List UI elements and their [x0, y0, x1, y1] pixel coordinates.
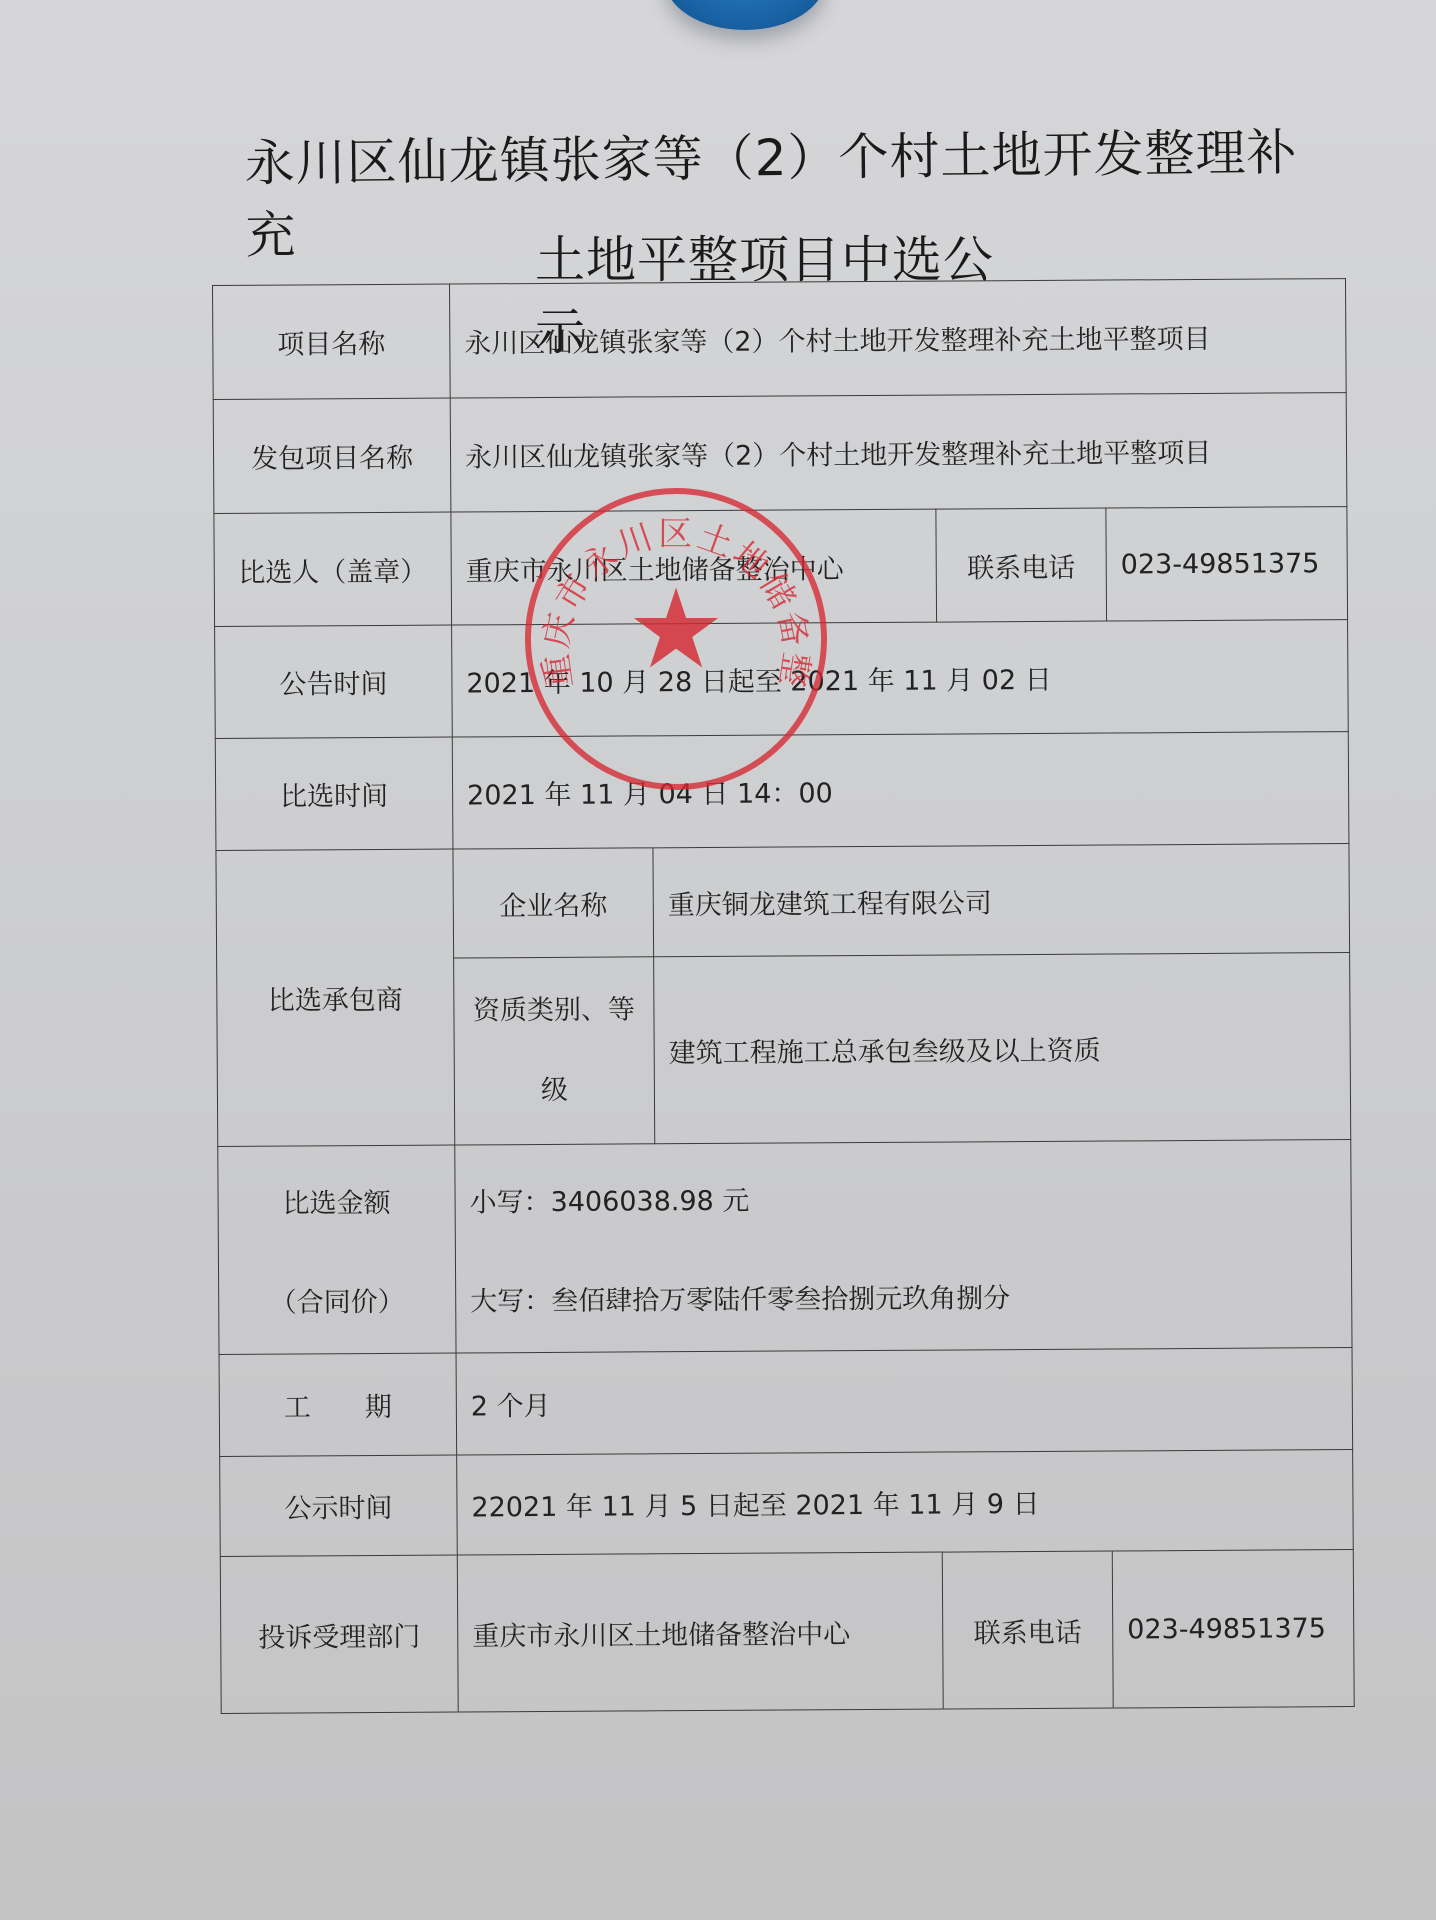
selection-time-label: 比选时间: [215, 737, 453, 850]
complaint-dept-label: 投诉受理部门: [220, 1555, 458, 1713]
blue-pushpin: [665, 0, 825, 30]
complaint-phone-value: 023-49851375: [1112, 1550, 1354, 1708]
publicity-time-label: 公示时间: [220, 1455, 458, 1556]
contract-project-name-label: 发包项目名称: [213, 398, 451, 513]
row-amount: 比选金额 （合同价） 小写：3406038.98 元 大写：叁佰肆拾万零陆仟零叁…: [218, 1140, 1352, 1355]
announcement-time-label: 公告时间: [215, 625, 453, 738]
row-selector: 比选人（盖章） 重庆市永川区土地储备整治中心 联系电话 023-49851375: [214, 507, 1348, 627]
qualification-label: 资质类别、等级: [454, 957, 655, 1145]
selection-time-value: 2021 年 11 月 04 日 14：00: [452, 732, 1349, 849]
row-complaint: 投诉受理部门 重庆市永川区土地储备整治中心 联系电话 023-49851375: [220, 1550, 1354, 1714]
duration-value: 2 个月: [456, 1348, 1353, 1455]
contract-project-name-value: 永川区仙龙镇张家等（2）个村土地开发整理补充土地平整项目: [450, 393, 1347, 512]
company-value: 重庆铜龙建筑工程有限公司: [653, 844, 1350, 957]
row-project-name: 项目名称 永川区仙龙镇张家等（2）个村土地开发整理补充土地平整项目: [213, 279, 1347, 400]
amount-lowercase: 小写：3406038.98 元: [469, 1175, 1336, 1219]
duration-label: 工 期: [219, 1353, 457, 1456]
project-name-label: 项目名称: [213, 284, 451, 399]
publicity-time-value: 22021 年 11 月 5 日起至 2021 年 11 月 9 日: [457, 1450, 1354, 1555]
complaint-dept-value: 重庆市永川区土地储备整治中心: [457, 1552, 943, 1712]
row-contractor-company: 比选承包商 企业名称 重庆铜龙建筑工程有限公司: [216, 844, 1350, 960]
amount-value: 小写：3406038.98 元 大写：叁佰肆拾万零陆仟零叁拾捌元玖角捌分: [455, 1140, 1352, 1353]
contractor-label: 比选承包商: [216, 849, 455, 1146]
selector-value: 重庆市永川区土地储备整治中心: [451, 509, 937, 625]
row-duration: 工 期 2 个月: [219, 1348, 1353, 1457]
project-name-value: 永川区仙龙镇张家等（2）个村土地开发整理补充土地平整项目: [449, 279, 1346, 398]
qualification-value: 建筑工程施工总承包叁级及以上资质: [654, 953, 1351, 1144]
selector-label: 比选人（盖章）: [214, 512, 452, 626]
row-announcement-time: 公告时间 2021 年 10 月 28 日起至 2021 年 11 月 02 日: [215, 620, 1349, 739]
complaint-phone-label: 联系电话: [942, 1551, 1113, 1709]
selector-phone-value: 023-49851375: [1106, 507, 1348, 621]
row-publicity-time: 公示时间 22021 年 11 月 5 日起至 2021 年 11 月 9 日: [220, 1450, 1354, 1557]
company-label: 企业名称: [453, 848, 654, 958]
announcement-time-value: 2021 年 10 月 28 日起至 2021 年 11 月 02 日: [452, 620, 1349, 737]
row-contract-project-name: 发包项目名称 永川区仙龙镇张家等（2）个村土地开发整理补充土地平整项目: [213, 393, 1347, 514]
selector-phone-label: 联系电话: [936, 508, 1107, 622]
amount-uppercase: 大写：叁佰肆拾万零陆仟零叁拾捌元玖角捌分: [470, 1274, 1337, 1318]
amount-label: 比选金额 （合同价）: [218, 1145, 456, 1354]
notice-table: 项目名称 永川区仙龙镇张家等（2）个村土地开发整理补充土地平整项目 发包项目名称…: [212, 278, 1355, 1714]
amount-label-line2: （合同价）: [233, 1279, 441, 1319]
amount-label-line1: 比选金额: [232, 1180, 440, 1220]
row-selection-time: 比选时间 2021 年 11 月 04 日 14：00: [215, 732, 1349, 851]
